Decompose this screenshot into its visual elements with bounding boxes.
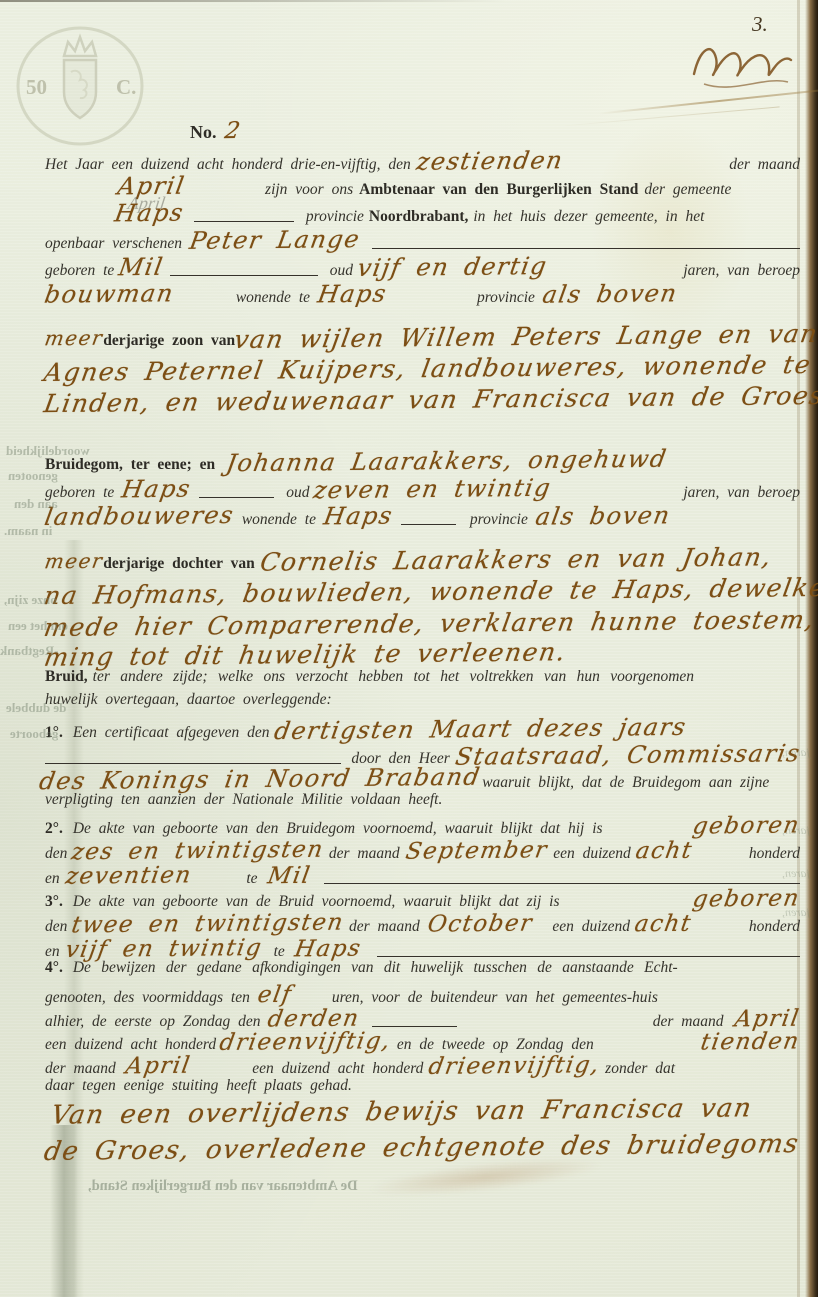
printed-text: wonende te: [236, 289, 310, 307]
printed-text: ter andere zijde; welke ons verzocht heb…: [93, 668, 694, 686]
handwritten-text: mede hier Comparerende, verklaren hunne …: [42, 605, 817, 642]
printed-text: huwelijk overtegaan, daartoe overleggend…: [45, 691, 332, 709]
printed-text: De akte van geboorte van den Bruidegom v…: [73, 820, 603, 838]
printed-text: waaruit blijkt, dat de Bruidegom aan zij…: [482, 774, 769, 792]
bleedthrough-fragment: genooten: [8, 468, 58, 484]
printed-text: uren, voor de buitendeur van het gemeent…: [332, 989, 658, 1007]
printed-text: een duizend acht honderd: [252, 1060, 423, 1078]
bleedthrough-fragment: de dubbele: [6, 700, 66, 716]
printed-text: den: [45, 845, 67, 863]
printed-text: der maand: [349, 918, 420, 936]
printed-text: Een certificaat afgegeven den: [73, 724, 270, 742]
handwritten-text: Haps: [322, 502, 396, 531]
printed-text: daar tegen eenige stuiting heeft plaats …: [45, 1077, 352, 1095]
document-line: ming tot dit huwelijk te verleenen.: [45, 640, 800, 669]
document-line: bouwmanwonende teHapsprovincieals boven: [45, 280, 800, 308]
handwritten-text: na Hofmans, bouwlieden, wonende te Haps,…: [42, 573, 818, 610]
handwritten-text: meer: [43, 549, 105, 574]
printed-text: wonende te: [242, 511, 316, 529]
document-line: na Hofmans, bouwlieden, wonende te Haps,…: [45, 577, 800, 606]
printed-text: jaren, van beroep: [683, 484, 800, 502]
handwritten-text: 2: [222, 118, 242, 144]
handwritten-text: drieenvijftig,: [218, 1028, 393, 1056]
blank-rule: [194, 221, 294, 222]
printed-text: derjarige zoon van: [103, 332, 235, 350]
handwritten-text: de Groes, overledene echtgenote des brui…: [42, 1129, 802, 1167]
printed-text: zonder dat: [605, 1060, 675, 1078]
printed-text: en de tweede op Zondag den: [397, 1036, 594, 1054]
printed-text: provincie: [470, 511, 528, 529]
printed-text: geboren te: [45, 262, 114, 280]
handwritten-text: als boven: [540, 279, 679, 308]
handwritten-text: landbouweres: [43, 501, 237, 531]
handwritten-text: zes en twintigsten: [70, 837, 326, 866]
blank-rule: [377, 956, 800, 957]
printed-text: derjarige dochter van: [103, 555, 255, 573]
document-line: geboren teHapsoudzeven en twintigjaren, …: [45, 475, 800, 503]
bleedthrough-fragment: om het een: [8, 618, 68, 634]
printed-text: De bewijzen der gedane afkondigingen van…: [73, 959, 678, 977]
printed-text: verpligting ten aanzien der Nationale Mi…: [45, 791, 442, 809]
printed-text: in het huis dezer gemeente, in het: [473, 208, 704, 226]
blank-rule: [324, 883, 800, 884]
handwritten-text: Johanna Laarakkers, ongehuwd: [224, 445, 669, 478]
document-line: dentwee en twintigstender maandOctoberee…: [45, 911, 800, 937]
document-line: huwelijk overtegaan, daartoe overleggend…: [45, 691, 800, 709]
printed-text: provincie: [477, 289, 535, 307]
document-line: 2°.De akte van geboorte van den Bruidego…: [45, 813, 800, 839]
bleedthrough-fragment: geboorte: [10, 726, 58, 742]
printed-text: jaren, van beroep: [683, 262, 800, 280]
document-line: Linden, en weduwenaar van Francisca van …: [45, 385, 800, 414]
document-line: Bruid,ter andere zijde; welke ons verzoc…: [45, 668, 800, 686]
crown-icon: [64, 37, 96, 56]
shield-icon: [64, 60, 96, 118]
document-line: meerderjarige zoon vanvan wijlen Willem …: [45, 322, 800, 351]
document-line: daar tegen eenige stuiting heeft plaats …: [45, 1077, 800, 1095]
handwritten-text: Van een overlijdens bewijs van Francisca…: [49, 1093, 755, 1130]
clerk-paraph-monogram-icon: [686, 28, 798, 98]
handwritten-text: Linden, en weduwenaar van Francisca van …: [42, 381, 818, 418]
document-line: HapsprovincieNoordbrabant,in het huis de…: [115, 199, 800, 227]
document-line: 1°.Een certificaat afgegeven dendertigst…: [45, 715, 800, 743]
handwritten-text: Haps: [113, 199, 187, 228]
document-line: 4°.De bewijzen der gedane afkondigingen …: [45, 959, 800, 977]
handwritten-text: drieenvijftig,: [427, 1052, 602, 1080]
scanned-document-page: 50 C. 3. No.2Het Jaar een duizend acht h…: [0, 0, 818, 1297]
handwritten-text: elf: [256, 982, 294, 1008]
handwritten-text: Haps: [316, 280, 390, 309]
printed-text: 2°.: [45, 820, 63, 838]
document-line: meerderjarige dochter vanCornelis Laarak…: [45, 545, 800, 574]
document-line: des Konings in Noord Brabandwaaruit blij…: [40, 765, 800, 793]
printed-text: Noordbrabant,: [369, 208, 468, 226]
bleedthrough-fragment: -Regtbank: [0, 643, 59, 659]
document-line: de Groes, overledene echtgenote des brui…: [45, 1133, 800, 1163]
stamp-currency: C.: [116, 75, 136, 99]
handwritten-text: als boven: [533, 501, 672, 530]
handwritten-text: Cornelis Laarakkers en van Johan,: [258, 542, 774, 576]
document-line: Van een overlijdens bewijs van Francisca…: [52, 1097, 800, 1127]
printed-text: Bruid,: [45, 668, 88, 686]
bleedthrough-fragment: jaren,: [782, 905, 810, 920]
bleedthrough-fragment: onze zijn,: [4, 592, 57, 608]
handwritten-text: zeven en twintig: [312, 474, 554, 504]
bleedthrough-fragment: woordelijkheid: [6, 443, 90, 459]
document-line: verpligting ten aanzien der Nationale Mi…: [45, 791, 800, 809]
handwritten-text: acht: [634, 838, 695, 865]
bleedthrough-fragment: aan den: [14, 496, 58, 512]
printed-text: 4°.: [45, 959, 63, 977]
document-line: landbouwereswonende teHapsprovincieals b…: [45, 502, 800, 530]
bleedthrough-fragment: in naam.: [4, 523, 52, 539]
document-line: Bruidegom, ter eene; enJohanna Laarakker…: [45, 447, 800, 475]
document-line: genooten, des voormiddags tenelfuren, vo…: [45, 982, 800, 1008]
document-line: geboren teMiloudvijf en dertigjaren, van…: [45, 253, 800, 281]
document-line: Agnes Peternel Kuijpers, landbouweres, w…: [45, 354, 800, 383]
document-line: mede hier Comparerende, verklaren hunne …: [45, 609, 800, 638]
blank-rule: [401, 524, 456, 525]
document-line: een duizend acht honderddrieenvijftig,en…: [45, 1029, 800, 1055]
handwritten-text: meer: [43, 326, 105, 351]
handwritten-text: acht: [633, 911, 694, 938]
printed-text: genooten, des voormiddags ten: [45, 989, 250, 1007]
handwritten-text: twee en twintigsten: [70, 910, 346, 939]
handwritten-text: Haps: [120, 475, 194, 504]
blank-rule: [170, 275, 318, 276]
printed-text: een duizend: [552, 918, 630, 936]
printed-text: den: [45, 918, 67, 936]
blank-rule: [199, 497, 274, 498]
printed-text: der maand: [45, 1060, 116, 1078]
document-line: der maandAprileen duizend acht honderddr…: [45, 1053, 800, 1079]
printed-text: 3°.: [45, 893, 63, 911]
handwritten-text: October: [425, 910, 534, 937]
embossed-revenue-stamp-icon: 50 C.: [8, 22, 146, 150]
handwritten-text: Mil: [117, 253, 166, 281]
printed-text: der maand: [329, 845, 400, 863]
blank-rule: [372, 1026, 457, 1027]
handwritten-text: Peter Lange: [188, 225, 363, 255]
handwritten-text: ming tot dit huwelijk te verleenen.: [42, 637, 569, 671]
bleedthrough-signature-line: De Ambtenaar van den Burgerlijken Stand,: [88, 1178, 358, 1195]
bleedthrough-fragment: jaren,: [782, 745, 810, 760]
stamp-denomination: 50: [26, 75, 47, 99]
printed-text: No.: [190, 122, 217, 143]
handwritten-text: April: [124, 1053, 193, 1080]
printed-text: openbaar verschenen: [45, 235, 182, 253]
printed-text: De akte van geboorte van de Bruid voorno…: [73, 893, 560, 911]
document-line: 3°.De akte van geboorte van de Bruid voo…: [45, 886, 800, 912]
handwritten-text: September: [403, 837, 549, 864]
blank-rule: [372, 248, 800, 249]
page-top-edge: [0, 0, 507, 2]
printed-text: oud: [330, 262, 353, 280]
page-right-edge: [805, 0, 818, 1297]
printed-text: oud: [286, 484, 309, 502]
handwritten-text: bouwman: [43, 279, 177, 308]
handwritten-text: tienden: [699, 1028, 802, 1055]
document-line: openbaar verschenenPeter Lange: [45, 226, 800, 254]
document-line: Het Jaar een duizend acht honderd drie-e…: [45, 147, 800, 175]
printed-text: een duizend: [553, 845, 631, 863]
printed-text: honderd: [749, 845, 800, 863]
document-line: denzes en twintigstender maandSeptembere…: [45, 838, 800, 864]
bleedthrough-fragment: jaren,: [782, 823, 810, 838]
printed-text: honderd: [749, 918, 800, 936]
bleedthrough-fragment: jaren,: [782, 866, 810, 881]
printed-text: een duizend acht honderd: [45, 1036, 216, 1054]
document-line: No.2: [190, 118, 800, 144]
printed-text: provincie: [306, 208, 364, 226]
handwritten-text: vijf en dertig: [355, 252, 549, 282]
handwritten-text: van wijlen Willem Peters Lange en van: [232, 319, 818, 354]
